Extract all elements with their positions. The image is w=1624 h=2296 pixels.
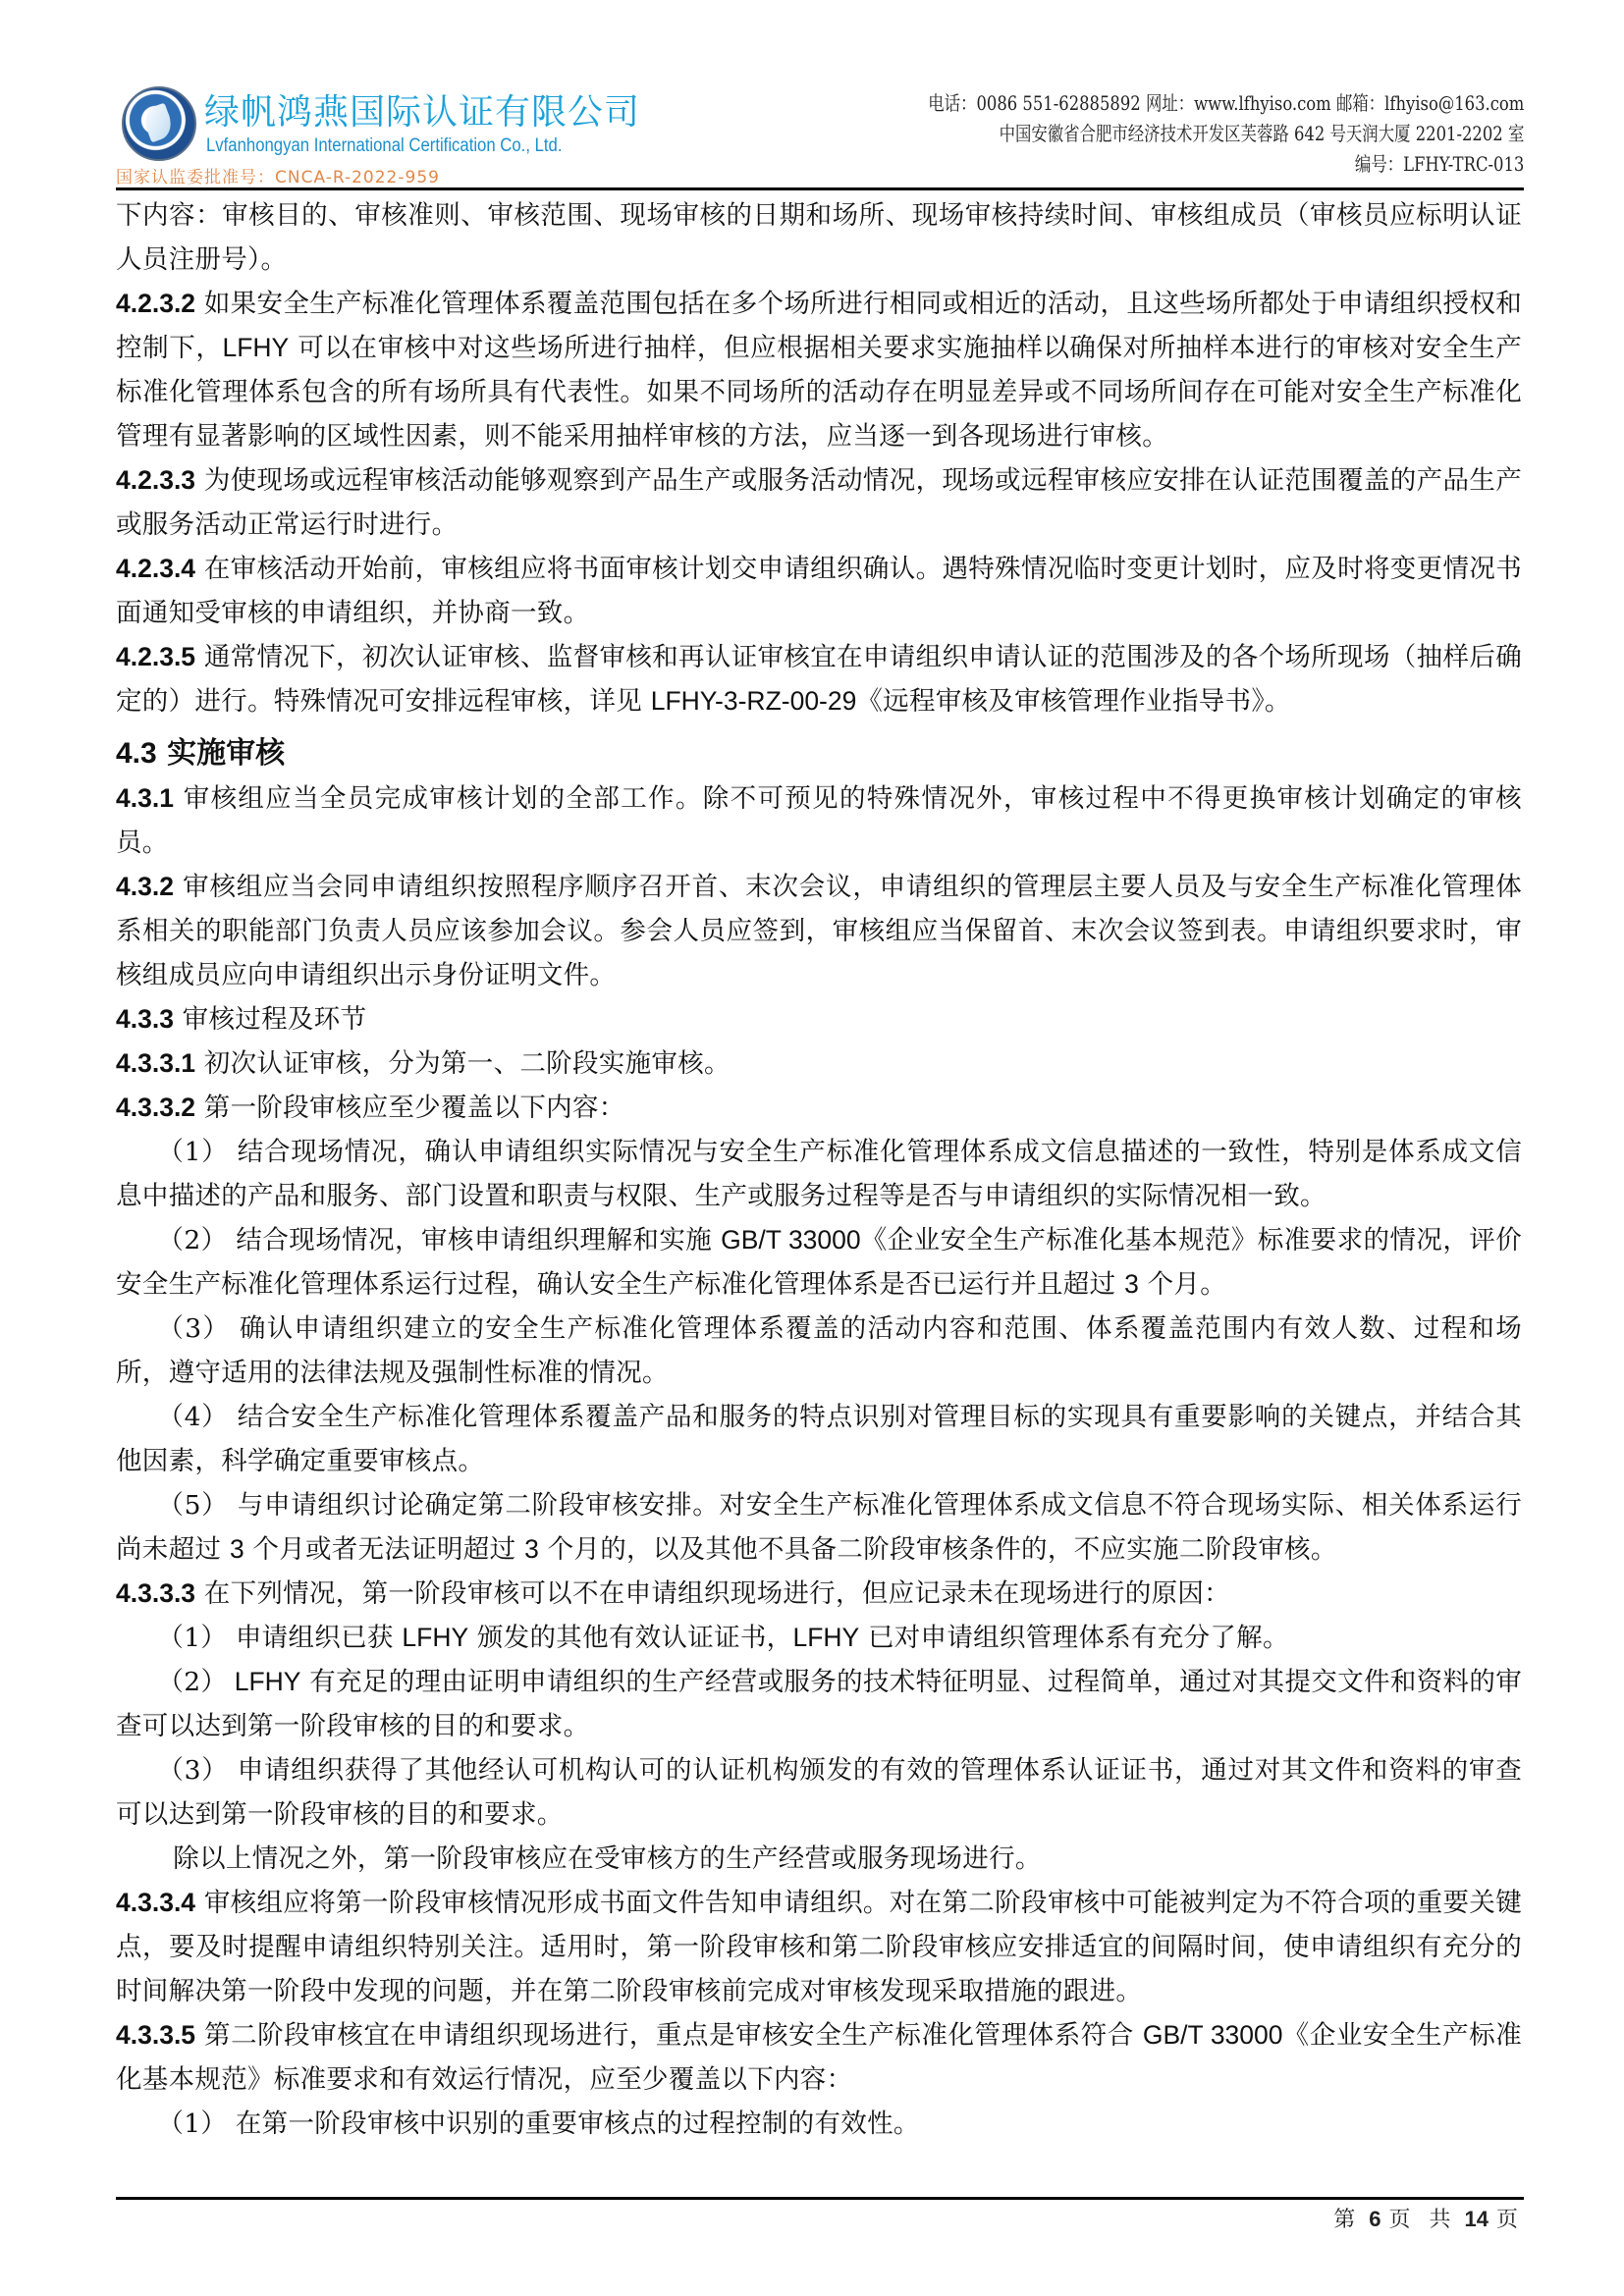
clause-number: 4.3.3.4	[116, 1888, 195, 1917]
clause-number: 4.2.3.2	[116, 289, 195, 318]
section-title: 实施审核	[157, 736, 285, 771]
list-label: （1）	[157, 2109, 227, 2139]
clause-number: 4.2.3.5	[116, 642, 195, 671]
list-label: （5）	[157, 1490, 228, 1521]
contact-line: 电话：0086 551-62885892 网址：www.lfhyiso.com …	[928, 88, 1524, 119]
number: 3	[1124, 1269, 1139, 1299]
clause-4-3-3-1: 4.3.3.1 初次认证审核，分为第一、二阶段实施审核。	[116, 1041, 1522, 1086]
page-suffix: 页	[1496, 2208, 1524, 2232]
list-item: （3） 申请组织获得了其他经认可机构认可的认证机构颁发的有效的管理体系认证证书，…	[116, 1748, 1522, 1837]
clause-number: 4.3.3.5	[116, 2020, 195, 2050]
list-text: 结合现场情况，审核申请组织理解和实施	[228, 1225, 722, 1255]
clause-text: 在审核活动开始前，审核组应将书面审核计划交申请组织确认。遇特殊情况临时变更计划时…	[116, 554, 1522, 628]
org-abbrev: LFHY	[222, 333, 289, 362]
org-abbrev: LFHY	[792, 1623, 859, 1652]
footer-divider	[116, 2197, 1524, 2200]
company-name-en: Lvfanhongyan International Certification…	[206, 135, 563, 157]
clause-number: 4.3.3	[116, 1004, 174, 1034]
list-text: 个月。	[1139, 1269, 1226, 1300]
list-item: （2） 结合现场情况，审核申请组织理解和实施 GB/T 33000《企业安全生产…	[116, 1218, 1522, 1307]
clause-4-2-3-2: 4.2.3.2 如果安全生产标准化管理体系覆盖范围包括在多个场所进行相同或相近的…	[116, 282, 1522, 458]
document-body: 下内容：审核目的、审核准则、审核范围、现场审核的日期和场所、现场审核持续时间、审…	[116, 193, 1522, 2146]
clause-text: 《远程审核及审核管理作业指导书》。	[856, 686, 1290, 717]
number: 3	[524, 1534, 539, 1564]
list-text: 个月的，以及其他不具备二阶段审核条件的，不应实施二阶段审核。	[539, 1534, 1337, 1565]
clause-text: 第一阶段审核应至少覆盖以下内容：	[195, 1093, 625, 1123]
clause-number: 4.3.3.1	[116, 1048, 195, 1078]
list-text: 结合现场情况，确认申请组织实际情况与安全生产标准化管理体系成文信息描述的一致性，…	[116, 1137, 1522, 1211]
clause-number: 4.3.2	[116, 872, 174, 901]
address-line: 中国安徽省合肥市经济技术开发区芙蓉路 642 号天润大厦 2201-2202 室	[928, 119, 1524, 149]
clause-4-2-3-5: 4.2.3.5 通常情况下，初次认证审核、监督审核和再认证审核宜在申请组织申请认…	[116, 635, 1522, 723]
page-header: 绿帆鸿燕国际认证有限公司 Lvfanhongyan International …	[116, 69, 1524, 188]
clause-text: 审核组应当会同申请组织按照程序顺序召开首、末次会议，申请组织的管理层主要人员及与…	[116, 872, 1522, 990]
company-logo: 绿帆鸿燕国际认证有限公司 Lvfanhongyan International …	[116, 79, 626, 187]
section-number: 4.3	[116, 737, 157, 770]
list-text: 有充足的理由证明申请组织的生产经营或服务的技术特征明显、过程简单，通过对其提交文…	[116, 1667, 1522, 1741]
clause-number: 4.3.1	[116, 783, 174, 813]
clause-number: 4.2.3.4	[116, 554, 195, 583]
clause-4-3-3-5: 4.3.3.5 第二阶段审核宜在申请组织现场进行，重点是审核安全生产标准化管理体…	[116, 2013, 1522, 2102]
list-item: （1） 结合现场情况，确认申请组织实际情况与安全生产标准化管理体系成文信息描述的…	[116, 1130, 1522, 1218]
clause-text: 初次认证审核，分为第一、二阶段实施审核。	[195, 1048, 731, 1079]
list-label: （2）	[157, 1667, 227, 1697]
clause-text: 可以在审核中对这些场所进行抽样，但应根据相关要求实施抽样以确保对所抽样本进行的审…	[116, 333, 1522, 452]
clause-number: 4.2.3.3	[116, 465, 195, 495]
doc-number-line: 编号：LFHY-TRC-013	[928, 149, 1524, 180]
total-pages: 14	[1465, 2207, 1489, 2231]
list-text: 结合安全生产标准化管理体系覆盖产品和服务的特点识别对管理目标的实现具有重要影响的…	[116, 1402, 1522, 1476]
org-abbrev: LFHY	[402, 1623, 468, 1652]
list-text: 确认申请组织建立的安全生产标准化管理体系覆盖的活动内容和范围、体系覆盖范围内有效…	[116, 1313, 1522, 1388]
list-item: （4） 结合安全生产标准化管理体系覆盖产品和服务的特点识别对管理目标的实现具有重…	[116, 1395, 1522, 1483]
header-divider	[116, 187, 1524, 190]
list-label: （1）	[157, 1623, 227, 1653]
list-label: （3）	[157, 1755, 228, 1786]
paragraph-continuation: 下内容：审核目的、审核准则、审核范围、现场审核的日期和场所、现场审核持续时间、审…	[116, 193, 1522, 282]
clause-4-2-3-3: 4.2.3.3 为使现场或远程审核活动能够观察到产品生产或服务活动情况，现场或远…	[116, 458, 1522, 547]
list-item: （2） LFHY 有充足的理由证明申请组织的生产经营或服务的技术特征明显、过程简…	[116, 1660, 1522, 1748]
clause-4-3-3-2: 4.3.3.2 第一阶段审核应至少覆盖以下内容：	[116, 1086, 1522, 1130]
clause-4-2-3-4: 4.2.3.4 在审核活动开始前，审核组应将书面审核计划交申请组织确认。遇特殊情…	[116, 547, 1522, 635]
list-item: （1） 申请组织已获 LFHY 颁发的其他有效认证证书，LFHY 已对申请组织管…	[116, 1616, 1522, 1660]
current-page: 6	[1369, 2207, 1380, 2231]
standard-reference: GB/T 33000	[721, 1225, 861, 1255]
list-text: 申请组织获得了其他经认可机构认可的认证机构颁发的有效的管理体系认证证书，通过对其…	[116, 1755, 1522, 1830]
contact-block: 电话：0086 551-62885892 网址：www.lfhyiso.com …	[797, 88, 1524, 180]
clause-4-3-3-3: 4.3.3.3 在下列情况，第一阶段审核可以不在申请组织现场进行，但应记录未在现…	[116, 1572, 1522, 1616]
clause-number: 4.3.3.2	[116, 1093, 195, 1122]
org-abbrev: LFHY	[227, 1667, 300, 1696]
clause-text: 为使现场或远程审核活动能够观察到产品生产或服务活动情况，现场或远程审核应安排在认…	[116, 465, 1522, 540]
page-number: 第6页 共14页	[1333, 2203, 1524, 2233]
list-label: （3）	[157, 1313, 230, 1344]
list-label: （1）	[157, 1137, 228, 1167]
list-label: （2）	[157, 1225, 227, 1255]
closing-paragraph: 除以上情况之外，第一阶段审核应在受审核方的生产经营或服务现场进行。	[116, 1837, 1522, 1881]
approval-number: 国家认监委批准号：CNCA-R-2022-959	[116, 163, 440, 187]
company-name-cn: 绿帆鸿燕国际认证有限公司	[204, 84, 640, 134]
clause-text: 审核组应当全员完成审核计划的全部工作。除不可预见的特殊情况外，审核过程中不得更换…	[116, 783, 1522, 858]
list-item: （1） 在第一阶段审核中识别的重要审核点的过程控制的有效性。	[116, 2102, 1522, 2146]
clause-4-3-1: 4.3.1 审核组应当全员完成审核计划的全部工作。除不可预见的特殊情况外，审核过…	[116, 776, 1522, 865]
clause-text: 在下列情况，第一阶段审核可以不在申请组织现场进行，但应记录未在现场进行的原因：	[195, 1578, 1230, 1609]
clause-text: 第二阶段审核宜在申请组织现场进行，重点是审核安全生产标准化管理体系符合	[195, 2020, 1143, 2051]
clause-4-3-3-4: 4.3.3.4 审核组应将第一阶段审核情况形成书面文件告知申请组织。对在第二阶段…	[116, 1881, 1522, 2013]
list-label: （4）	[157, 1402, 228, 1432]
list-item: （3） 确认申请组织建立的安全生产标准化管理体系覆盖的活动内容和范围、体系覆盖范…	[116, 1307, 1522, 1395]
company-emblem-icon	[122, 86, 196, 161]
clause-4-3-3: 4.3.3 审核过程及环节	[116, 997, 1522, 1041]
doc-reference: LFHY-3-RZ-00-29	[651, 686, 857, 716]
clause-number: 4.3.3.3	[116, 1578, 195, 1608]
clause-text: 审核过程及环节	[174, 1004, 366, 1035]
clause-text: 审核组应将第一阶段审核情况形成书面文件告知申请组织。对在第二阶段审核中可能被判定…	[116, 1888, 1522, 2006]
list-text: 在第一阶段审核中识别的重要审核点的过程控制的有效性。	[227, 2109, 920, 2139]
section-heading-4-3: 4.3 实施审核	[116, 731, 1522, 776]
clause-4-3-2: 4.3.2 审核组应当会同申请组织按照程序顺序召开首、末次会议，申请组织的管理层…	[116, 865, 1522, 997]
standard-reference: GB/T 33000	[1143, 2020, 1283, 2050]
number: 3	[230, 1534, 244, 1564]
list-text: 已对申请组织管理体系有充分了解。	[859, 1623, 1289, 1653]
list-text: 申请组织已获	[227, 1623, 402, 1653]
page-prefix: 第	[1333, 2208, 1361, 2232]
list-text: 颁发的其他有效认证证书，	[468, 1623, 792, 1653]
list-item: （5） 与申请组织讨论确定第二阶段审核安排。对安全生产标准化管理体系成文信息不符…	[116, 1483, 1522, 1572]
list-text: 个月或者无法证明超过	[244, 1534, 524, 1565]
page-mid: 页 共	[1389, 2208, 1457, 2232]
